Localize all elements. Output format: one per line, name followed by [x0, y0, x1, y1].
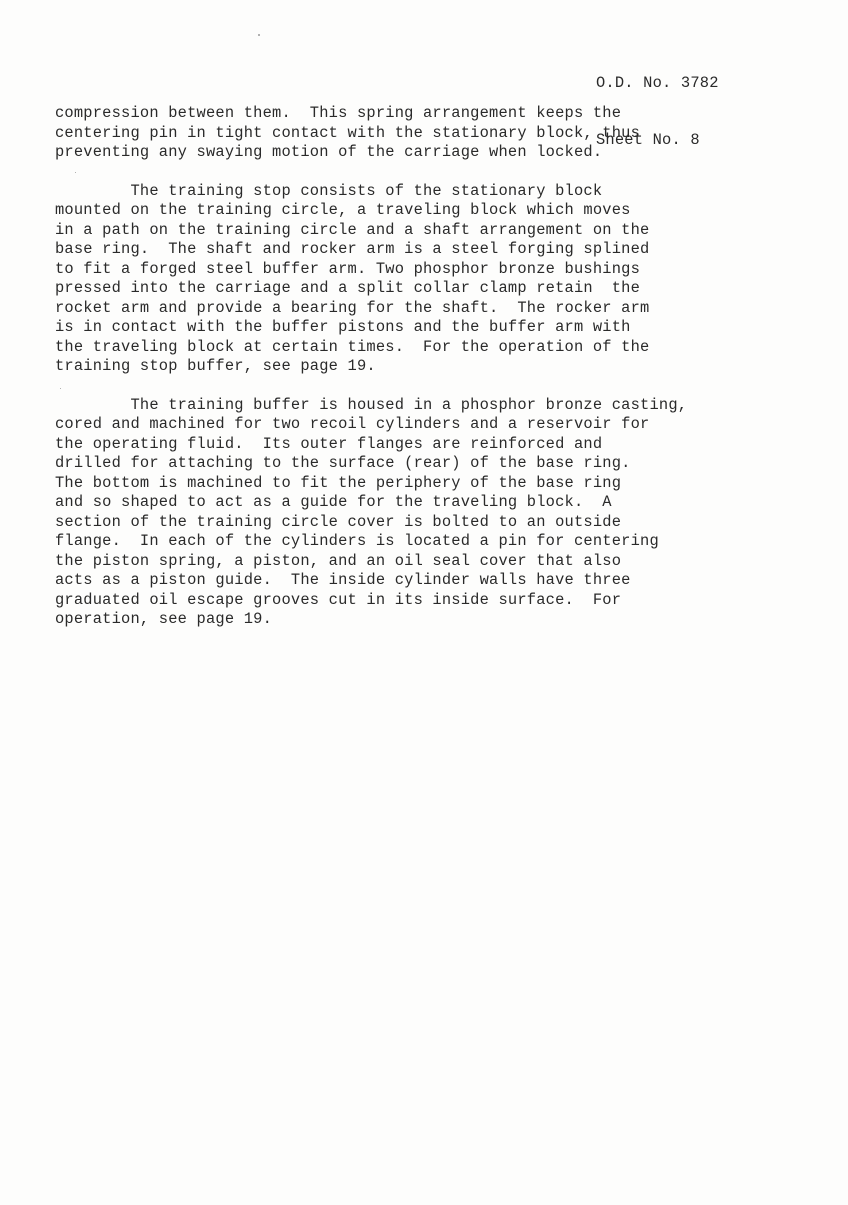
paper-speck: [258, 34, 260, 36]
paper-speck: [75, 172, 76, 173]
text-line: preventing any swaying motion of the car…: [55, 143, 845, 163]
document-page: O.D. No. 3782 Sheet No. 8 compression be…: [0, 0, 848, 1205]
document-number: O.D. No. 3782: [596, 74, 719, 93]
text-line: cored and machined for two recoil cylind…: [55, 415, 845, 435]
text-line: The training buffer is housed in a phosp…: [55, 396, 845, 416]
text-line: is in contact with the buffer pistons an…: [55, 318, 845, 338]
text-line: and so shaped to act as a guide for the …: [55, 493, 845, 513]
text-line: acts as a piston guide. The inside cylin…: [55, 571, 845, 591]
text-line: drilled for attaching to the surface (re…: [55, 454, 845, 474]
text-line: pressed into the carriage and a split co…: [55, 279, 845, 299]
text-line: The bottom is machined to fit the periph…: [55, 474, 845, 494]
text-line: compression between them. This spring ar…: [55, 104, 845, 124]
text-line: The training stop consists of the statio…: [55, 182, 845, 202]
text-line: to fit a forged steel buffer arm. Two ph…: [55, 260, 845, 280]
text-line: graduated oil escape grooves cut in its …: [55, 591, 845, 611]
text-line: the operating fluid. Its outer flanges a…: [55, 435, 845, 455]
paper-speck: [60, 388, 61, 389]
text-line: training stop buffer, see page 19.: [55, 357, 845, 377]
paragraph-training-stop: The training stop consists of the statio…: [55, 182, 845, 377]
text-line: centering pin in tight contact with the …: [55, 124, 845, 144]
document-body: compression between them. This spring ar…: [55, 104, 845, 649]
text-line: the piston spring, a piston, and an oil …: [55, 552, 845, 572]
text-line: rocket arm and provide a bearing for the…: [55, 299, 845, 319]
text-line: operation, see page 19.: [55, 610, 845, 630]
text-line: section of the training circle cover is …: [55, 513, 845, 533]
text-line: base ring. The shaft and rocker arm is a…: [55, 240, 845, 260]
paragraph-training-buffer: The training buffer is housed in a phosp…: [55, 396, 845, 630]
text-line: in a path on the training circle and a s…: [55, 221, 845, 241]
paragraph-spring-arrangement: compression between them. This spring ar…: [55, 104, 845, 163]
text-line: the traveling block at certain times. Fo…: [55, 338, 845, 358]
text-line: mounted on the training circle, a travel…: [55, 201, 845, 221]
text-line: flange. In each of the cylinders is loca…: [55, 532, 845, 552]
